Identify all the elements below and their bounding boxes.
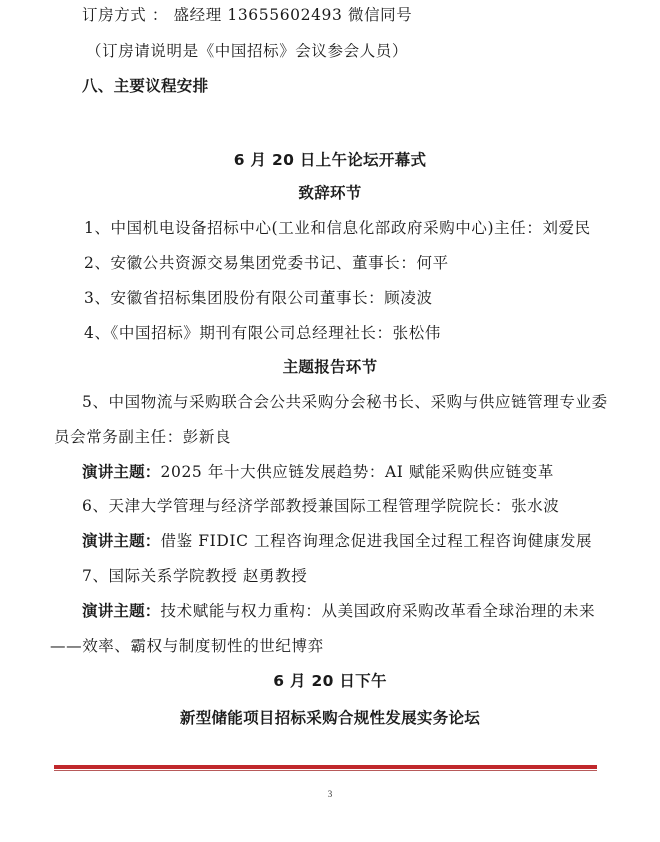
page-number: 3 <box>0 789 660 799</box>
greeting-item-4: 4、《中国招标》期刊有限公司总经理社长：张松伟 <box>84 323 441 343</box>
speaker-5-line2: 员会常务副主任：彭新良 <box>54 427 231 447</box>
afternoon-title: 6 月 20 日下午 <box>0 671 660 691</box>
speaker-6-line1: 6、天津大学管理与经济学部教授兼国际工程管理学院院长：张水波 <box>82 496 559 516</box>
afternoon-forum-title: 新型储能项目招标采购合规性发展实务论坛 <box>0 708 660 728</box>
greeting-item-1: 1、中国机电设备招标中心(工业和信息化部政府采购中心)主任：刘爱民 <box>84 218 591 238</box>
footer-red-rule <box>54 765 597 769</box>
topic-text: 借鉴 FIDIC 工程咨询理念促进我国全过程工程咨询健康发展 <box>161 532 593 550</box>
footer-thin-rule <box>54 770 597 771</box>
greeting-section-title: 致辞环节 <box>0 183 660 203</box>
speaker-7-topic: 演讲主题：技术赋能与权力重构：从美国政府采购改革看全球治理的未来 <box>82 601 595 621</box>
greeting-item-2: 2、安徽公共资源交易集团党委书记、董事长：何平 <box>84 253 449 273</box>
section-heading: 八、主要议程安排 <box>82 76 208 96</box>
greeting-item-3: 3、安徽省招标集团股份有限公司董事长：顾凌波 <box>84 288 433 308</box>
topic-label: 演讲主题： <box>82 463 161 481</box>
speaker-6-topic: 演讲主题：借鉴 FIDIC 工程咨询理念促进我国全过程工程咨询健康发展 <box>82 531 592 551</box>
topic-text: 2025 年十大供应链发展趋势：AI 赋能采购供应链变革 <box>161 463 554 481</box>
booking-contact: 订房方式 ： 盛经理 13655602493 微信同号 <box>82 5 412 25</box>
speaker-5-topic: 演讲主题：2025 年十大供应链发展趋势：AI 赋能采购供应链变革 <box>82 462 554 482</box>
topic-label: 演讲主题： <box>82 602 161 620</box>
morning-title: 6 月 20 日上午论坛开幕式 <box>0 150 660 170</box>
keynote-section-title: 主题报告环节 <box>0 357 660 377</box>
topic-label: 演讲主题： <box>82 532 161 550</box>
topic-text: 技术赋能与权力重构：从美国政府采购改革看全球治理的未来 <box>161 602 596 620</box>
booking-note: （订房请说明是《中国招标》会议参会人员） <box>86 41 408 61</box>
speaker-7-topic-cont: ——效率、霸权与制度韧性的世纪博弈 <box>50 636 324 656</box>
speaker-5-line1: 5、中国物流与采购联合会公共采购分会秘书长、采购与供应链管理专业委 <box>82 392 608 412</box>
speaker-7-line1: 7、国际关系学院教授 赵勇教授 <box>82 566 307 586</box>
